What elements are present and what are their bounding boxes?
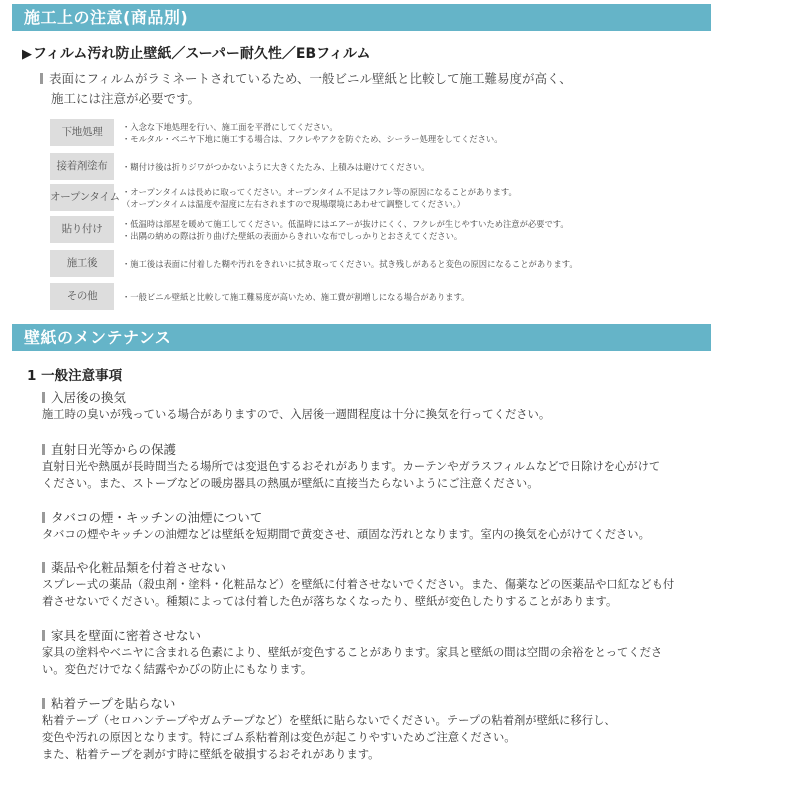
item-line: ください。また、ストーブなどの暖房器具の熱風が壁紙に直接当たらないようにご注意く… <box>42 475 707 492</box>
step-label: 施工後 <box>50 250 114 277</box>
step-label: 貼り付け <box>50 216 114 243</box>
item-line: 着させないでください。種類によっては付着した色が落ちなくなったり、壁紙が変色した… <box>42 593 707 610</box>
item-line: 施工時の臭いが残っている場合がありますので、入居後一週間程度は十分に換気を行って… <box>42 406 707 423</box>
item-line: い。変色だけでなく結露やかびの防止にもなります。 <box>42 661 707 678</box>
item-line: 粘着テープ（セロハンテープやガムテープなど）を壁紙に貼らないでください。テープの… <box>42 712 707 729</box>
maintenance-item-furniture: 家具を壁面に密着させない 家具の塗料やベニヤに含まれる色素により、壁紙が変色する… <box>42 627 707 678</box>
item-body: 家具の塗料やベニヤに含まれる色素により、壁紙が変色することがあります。家具と壁紙… <box>42 644 707 678</box>
item-title: 粘着テープを貼らない <box>51 696 175 711</box>
step-text: ・糊付け後は折りジワがつかないように大きくたたみ、上積みは避けてください。 <box>122 153 702 180</box>
step-row-adhesive: 接着剤塗布 ・糊付け後は折りジワがつかないように大きくたたみ、上積みは避けてくだ… <box>50 153 700 180</box>
bullet-bar-icon <box>42 562 45 573</box>
step-line: ・出隅の納めの際は折り曲げた壁紙の表面からきれいな布でしっかりとおさえてください… <box>122 230 702 242</box>
item-line: 直射日光や熱風が長時間当たる場所では変退色するおそれがあります。カーテンやガラス… <box>42 458 707 475</box>
item-body: 粘着テープ（セロハンテープやガムテープなど）を壁紙に貼らないでください。テープの… <box>42 712 707 763</box>
step-text: ・一般ビニル壁紙と比較して施工難易度が高いため、施工費が割増しになる場合がありま… <box>122 283 702 310</box>
item-body: 施工時の臭いが残っている場合がありますので、入居後一週間程度は十分に換気を行って… <box>42 406 707 423</box>
item-body: タバコの煙やキッチンの油煙などは壁紙を短期間で黄変させ、頑固な汚れとなります。室… <box>42 526 707 543</box>
section-title: 施工上の注意(商品別) <box>24 8 188 27</box>
item-line: 家具の塗料やベニヤに含まれる色素により、壁紙が変色することがあります。家具と壁紙… <box>42 644 707 661</box>
maintenance-item-tape: 粘着テープを貼らない 粘着テープ（セロハンテープやガムテープなど）を壁紙に貼らな… <box>42 695 707 763</box>
bullet-bar-icon <box>42 512 45 523</box>
maintenance-item-chemicals: 薬品や化粧品類を付着させない スプレー式の薬品（殺虫剤・塗料・化粧品など）を壁紙… <box>42 559 707 610</box>
section-title: 壁紙のメンテナンス <box>24 328 171 347</box>
step-label: その他 <box>50 283 114 310</box>
product-title-text: フィルム汚れ防止壁紙／スーパー耐久性／EBフィルム <box>33 46 370 62</box>
item-line: 変色や汚れの原因となります。特にゴム系粘着剤は変色が起こりやすいためご注意くださ… <box>42 729 707 746</box>
step-line: ・オープンタイムは長めに取ってください。オープンタイム不足はフクレ等の原因になる… <box>122 186 702 198</box>
item-title: 入居後の換気 <box>51 390 126 405</box>
step-text: ・入念な下地処理を行い、施工面を平滑にしてください。 ・モルタル・ベニヤ下地に施… <box>122 119 702 146</box>
intro-line: 表面にフィルムがラミネートされているため、一般ビニル壁紙と比較して施工難易度が高… <box>49 71 572 86</box>
maintenance-item-smoke: タバコの煙・キッチンの油煙について タバコの煙やキッチンの油煙などは壁紙を短期間… <box>42 509 707 543</box>
step-line: ・施工後は表面に付着した糊や汚れをきれいに拭き取ってください。拭き残しがあると変… <box>122 258 702 270</box>
step-line: ・糊付け後は折りジワがつかないように大きくたたみ、上積みは避けてください。 <box>122 161 702 173</box>
step-text: ・オープンタイムは長めに取ってください。オープンタイム不足はフクレ等の原因になる… <box>122 184 702 211</box>
step-text: ・施工後は表面に付着した糊や汚れをきれいに拭き取ってください。拭き残しがあると変… <box>122 250 702 277</box>
intro-note: 表面にフィルムがラミネートされているため、一般ビニル壁紙と比較して施工難易度が高… <box>40 69 700 109</box>
step-line: ・低温時は部屋を暖めて施工してください。低温時にはエアーが抜けにくく、フクレが生… <box>122 218 702 230</box>
step-line: ・入念な下地処理を行い、施工面を平滑にしてください。 <box>122 121 702 133</box>
bullet-bar-icon <box>42 444 45 455</box>
step-label: 下地処理 <box>50 119 114 146</box>
product-title: ▶フィルム汚れ防止壁紙／スーパー耐久性／EBフィルム <box>22 45 370 64</box>
item-title: 直射日光等からの保護 <box>51 442 176 457</box>
bullet-bar-icon <box>42 698 45 709</box>
item-title: 薬品や化粧品類を付着させない <box>51 560 226 575</box>
bullet-bar-icon <box>42 630 45 641</box>
step-row-after: 施工後 ・施工後は表面に付着した糊や汚れをきれいに拭き取ってください。拭き残しが… <box>50 250 700 277</box>
step-label: 接着剤塗布 <box>50 153 114 180</box>
step-text: ・低温時は部屋を暖めて施工してください。低温時にはエアーが抜けにくく、フクレが生… <box>122 216 702 243</box>
step-row-other: その他 ・一般ビニル壁紙と比較して施工難易度が高いため、施工費が割増しになる場合… <box>50 283 700 310</box>
step-line: （オープンタイムは温度や湿度に左右されますので現場環境にあわせて調整してください… <box>122 198 702 210</box>
item-body: スプレー式の薬品（殺虫剤・塗料・化粧品など）を壁紙に付着させないでください。また… <box>42 576 707 610</box>
section-header-maintenance: 壁紙のメンテナンス <box>12 324 711 351</box>
step-label: オープンタイム <box>50 184 114 211</box>
item-body: 直射日光や熱風が長時間当たる場所では変退色するおそれがあります。カーテンやガラス… <box>42 458 707 492</box>
item-line: また、粘着テープを剥がす時に壁紙を破損するおそれがあります。 <box>42 746 707 763</box>
step-row-application: 貼り付け ・低温時は部屋を暖めて施工してください。低温時にはエアーが抜けにくく、… <box>50 216 700 243</box>
triangle-right-icon: ▶ <box>22 47 32 62</box>
step-line: ・一般ビニル壁紙と比較して施工難易度が高いため、施工費が割増しになる場合がありま… <box>122 291 702 303</box>
step-line: ・モルタル・ベニヤ下地に施工する場合は、フクレやアクを防ぐため、シーラー処理をし… <box>122 133 702 145</box>
item-title: 家具を壁面に密着させない <box>51 628 201 643</box>
general-precautions-heading: 1 一般注意事項 <box>27 367 122 385</box>
bullet-bar-icon <box>40 73 43 84</box>
step-row-substrate: 下地処理 ・入念な下地処理を行い、施工面を平滑にしてください。 ・モルタル・ベニ… <box>50 119 700 146</box>
maintenance-item-ventilation: 入居後の換気 施工時の臭いが残っている場合がありますので、入居後一週間程度は十分… <box>42 389 707 423</box>
item-title: タバコの煙・キッチンの油煙について <box>51 510 262 525</box>
maintenance-item-sunlight: 直射日光等からの保護 直射日光や熱風が長時間当たる場所では変退色するおそれがあり… <box>42 441 707 492</box>
item-line: タバコの煙やキッチンの油煙などは壁紙を短期間で黄変させ、頑固な汚れとなります。室… <box>42 526 707 543</box>
section-header-precautions: 施工上の注意(商品別) <box>12 4 711 31</box>
step-row-open-time: オープンタイム ・オープンタイムは長めに取ってください。オープンタイム不足はフク… <box>50 184 700 211</box>
item-line: スプレー式の薬品（殺虫剤・塗料・化粧品など）を壁紙に付着させないでください。また… <box>42 576 707 593</box>
intro-line: 施工には注意が必要です。 <box>51 91 200 106</box>
bullet-bar-icon <box>42 392 45 403</box>
